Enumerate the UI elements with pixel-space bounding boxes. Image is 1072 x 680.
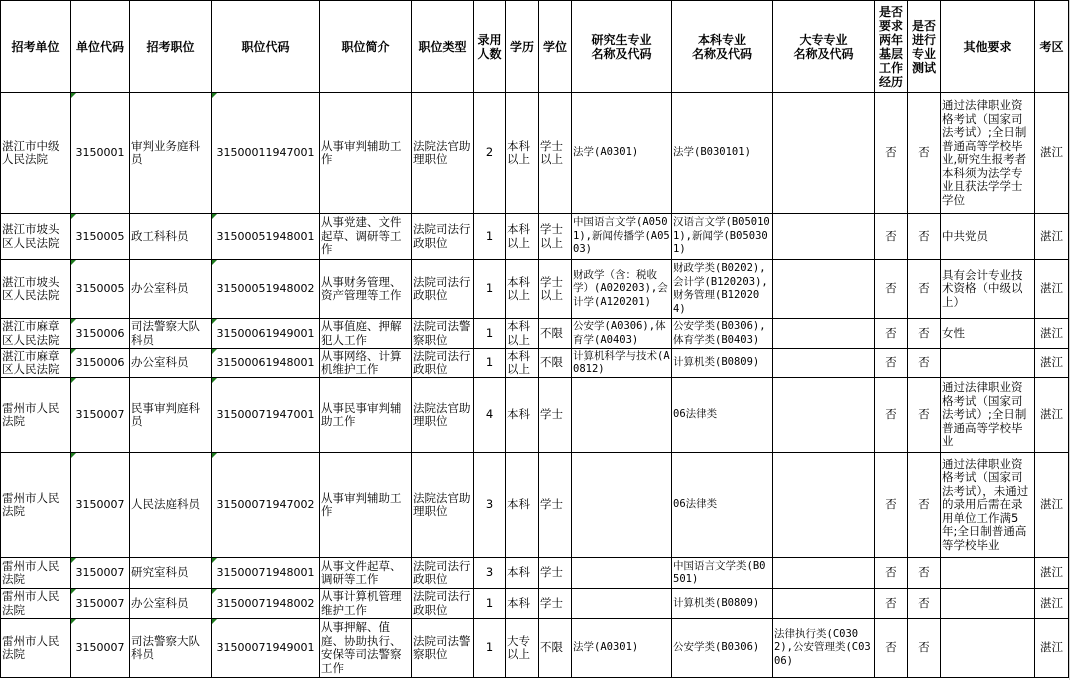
cell-college-major[interactable] xyxy=(773,319,875,349)
cell-college-major[interactable] xyxy=(773,453,875,558)
cell-grad-major[interactable] xyxy=(572,378,672,453)
header-label-line: 基层 xyxy=(876,47,906,61)
cell-position-code[interactable]: 31500071948002 xyxy=(212,589,320,619)
cell-grassroots-exp[interactable]: 否 xyxy=(875,349,908,378)
cell-other-requirements[interactable] xyxy=(941,349,1035,378)
cell-position-code[interactable]: 31500071947001 xyxy=(212,378,320,453)
column-header-unit[interactable]: 招考单位 xyxy=(1,1,71,93)
cell-unit-code[interactable]: 3150007 xyxy=(71,378,130,453)
cell-position[interactable]: 民事审判庭科员 xyxy=(130,378,212,453)
cell-degree[interactable]: 不限 xyxy=(539,349,572,378)
column-header-grad-major[interactable]: 研究生专业名称及代码 xyxy=(572,1,672,93)
column-header-headcount[interactable]: 录用人数 xyxy=(474,1,506,93)
cell-education[interactable]: 本科以上 xyxy=(506,260,539,319)
cell-position-code[interactable]: 31500071948001 xyxy=(212,558,320,589)
column-header-undergrad-major[interactable]: 本科专业名称及代码 xyxy=(672,1,773,93)
cell-college-major[interactable] xyxy=(773,589,875,619)
header-label-line: 录用 xyxy=(475,33,504,47)
cell-degree[interactable]: 不限 xyxy=(539,319,572,349)
column-header-professional-test[interactable]: 是否进行专业测试 xyxy=(908,1,941,93)
cell-professional-test[interactable]: 否 xyxy=(908,349,941,378)
cell-exam-area[interactable]: 湛江 xyxy=(1035,619,1069,678)
cell-unit[interactable]: 湛江市麻章区人民法院 xyxy=(1,349,71,378)
column-header-college-major[interactable]: 大专专业名称及代码 xyxy=(773,1,875,93)
cell-other-requirements[interactable] xyxy=(941,589,1035,619)
header-row: 招考单位单位代码招考职位职位代码职位简介职位类型录用人数学历学位研究生专业名称及… xyxy=(1,1,1069,93)
cell-college-major[interactable] xyxy=(773,378,875,453)
cell-unit-code[interactable]: 3150007 xyxy=(71,558,130,589)
cell-position-type[interactable]: 法院司法行政职位 xyxy=(412,589,474,619)
cell-degree[interactable]: 学士以上 xyxy=(539,214,572,260)
table-row: 雷州市人民法院 3150007 研究室科员 31500071948001 从事文… xyxy=(1,558,1069,589)
cell-position-type[interactable]: 法院法官助理职位 xyxy=(412,378,474,453)
cell-professional-test[interactable]: 否 xyxy=(908,558,941,589)
cell-unit[interactable]: 湛江市中级人民法院 xyxy=(1,93,71,214)
column-header-exam-area[interactable]: 考区 xyxy=(1035,1,1069,93)
cell-unit-code[interactable]: 3150001 xyxy=(71,93,130,214)
cell-unit[interactable]: 雷州市人民法院 xyxy=(1,453,71,558)
cell-undergrad-major[interactable]: 06法律类 xyxy=(672,453,773,558)
cell-unit-code[interactable]: 3150007 xyxy=(71,589,130,619)
cell-education[interactable]: 本科以上 xyxy=(506,93,539,214)
table-row: 雷州市人民法院 3150007 人民法庭科员 31500071947002 从事… xyxy=(1,453,1069,558)
cell-headcount[interactable]: 3 xyxy=(474,558,506,589)
cell-undergrad-major[interactable]: 公安学类(B0306),体育学类(B0403) xyxy=(672,319,773,349)
cell-position[interactable]: 司法警察大队科员 xyxy=(130,619,212,678)
header-label-line: 名称及代码 xyxy=(673,47,771,61)
cell-degree[interactable]: 学士 xyxy=(539,378,572,453)
cell-position-type[interactable]: 法院司法行政职位 xyxy=(412,260,474,319)
column-header-degree[interactable]: 学位 xyxy=(539,1,572,93)
cell-position[interactable]: 研究室科员 xyxy=(130,558,212,589)
table-row: 湛江市麻章区人民法院 3150006 司法警察大队科员 315000619490… xyxy=(1,319,1069,349)
cell-position[interactable]: 办公室科员 xyxy=(130,589,212,619)
cell-grad-major[interactable] xyxy=(572,589,672,619)
cell-education[interactable]: 本科 xyxy=(506,378,539,453)
cell-other-requirements[interactable]: 具有会计专业技术资格（中级以上） xyxy=(941,260,1035,319)
table-row: 雷州市人民法院 3150007 办公室科员 31500071948002 从事计… xyxy=(1,589,1069,619)
column-header-unit-code[interactable]: 单位代码 xyxy=(71,1,130,93)
cell-professional-test[interactable]: 否 xyxy=(908,260,941,319)
cell-college-major[interactable] xyxy=(773,558,875,589)
header-label-line: 要求 xyxy=(876,19,906,33)
cell-unit-code[interactable]: 3150006 xyxy=(71,349,130,378)
cell-position-code[interactable]: 31500011947001 xyxy=(212,93,320,214)
cell-position-type[interactable]: 法院司法警察职位 xyxy=(412,619,474,678)
cell-headcount[interactable]: 1 xyxy=(474,349,506,378)
cell-unit[interactable]: 雷州市人民法院 xyxy=(1,378,71,453)
cell-undergrad-major[interactable]: 中国语言文学类(B0501) xyxy=(672,558,773,589)
cell-undergrad-major[interactable]: 法学(B030101) xyxy=(672,93,773,214)
cell-unit[interactable]: 雷州市人民法院 xyxy=(1,619,71,678)
cell-professional-test[interactable]: 否 xyxy=(908,378,941,453)
cell-description[interactable]: 从事网络、计算机维护工作 xyxy=(320,349,412,378)
cell-description[interactable]: 从事民事审判辅助工作 xyxy=(320,378,412,453)
cell-exam-area[interactable]: 湛江 xyxy=(1035,319,1069,349)
cell-position[interactable]: 审判业务庭科员 xyxy=(130,93,212,214)
cell-undergrad-major[interactable]: 公安学类(B0306) xyxy=(672,619,773,678)
cell-college-major[interactable] xyxy=(773,214,875,260)
cell-degree[interactable]: 学士以上 xyxy=(539,260,572,319)
cell-grassroots-exp[interactable]: 否 xyxy=(875,589,908,619)
cell-college-major[interactable]: 法律执行类(C0302),公安管理类(C0306) xyxy=(773,619,875,678)
cell-exam-area[interactable]: 湛江 xyxy=(1035,93,1069,214)
cell-unit-code[interactable]: 3150007 xyxy=(71,619,130,678)
header-label-line: 人数 xyxy=(475,47,504,61)
cell-grassroots-exp[interactable]: 否 xyxy=(875,378,908,453)
cell-exam-area[interactable]: 湛江 xyxy=(1035,453,1069,558)
cell-exam-area[interactable]: 湛江 xyxy=(1035,558,1069,589)
table-body: 湛江市中级人民法院 3150001 审判业务庭科员 31500011947001… xyxy=(1,93,1069,678)
cell-unit[interactable]: 湛江市麻章区人民法院 xyxy=(1,319,71,349)
cell-unit-code[interactable]: 3150005 xyxy=(71,214,130,260)
cell-headcount[interactable]: 1 xyxy=(474,619,506,678)
cell-exam-area[interactable]: 湛江 xyxy=(1035,214,1069,260)
header-label-line: 两年 xyxy=(876,33,906,47)
cell-college-major[interactable] xyxy=(773,349,875,378)
cell-professional-test[interactable]: 否 xyxy=(908,589,941,619)
cell-description[interactable]: 从事财务管理、资产管理等工作 xyxy=(320,260,412,319)
cell-college-major[interactable] xyxy=(773,260,875,319)
cell-grad-major[interactable] xyxy=(572,453,672,558)
cell-grad-major[interactable]: 财政学（含：税收学）(A020203),会计学(A120201) xyxy=(572,260,672,319)
cell-professional-test[interactable]: 否 xyxy=(908,214,941,260)
cell-headcount[interactable]: 1 xyxy=(474,214,506,260)
cell-position-code[interactable]: 31500071949001 xyxy=(212,619,320,678)
cell-education[interactable]: 本科 xyxy=(506,589,539,619)
cell-position[interactable]: 政工科科员 xyxy=(130,214,212,260)
cell-professional-test[interactable]: 否 xyxy=(908,93,941,214)
header-label-line: 是否 xyxy=(876,5,906,19)
cell-headcount[interactable]: 1 xyxy=(474,589,506,619)
cell-degree[interactable]: 学士 xyxy=(539,589,572,619)
cell-other-requirements[interactable]: 通过法律职业资格考试（国家司法考试）;全日制普通高等学校毕业,研究生报考者本科须… xyxy=(941,93,1035,214)
cell-headcount[interactable]: 1 xyxy=(474,319,506,349)
cell-education[interactable]: 本科以上 xyxy=(506,349,539,378)
cell-position-type[interactable]: 法院法官助理职位 xyxy=(412,93,474,214)
cell-grassroots-exp[interactable]: 否 xyxy=(875,619,908,678)
cell-unit-code[interactable]: 3150007 xyxy=(71,453,130,558)
cell-other-requirements[interactable] xyxy=(941,558,1035,589)
cell-position-code[interactable]: 31500061948001 xyxy=(212,349,320,378)
cell-position-code[interactable]: 31500071947002 xyxy=(212,453,320,558)
cell-degree[interactable]: 不限 xyxy=(539,619,572,678)
cell-headcount[interactable]: 4 xyxy=(474,378,506,453)
cell-headcount[interactable]: 3 xyxy=(474,453,506,558)
cell-unit[interactable]: 湛江市坡头区人民法院 xyxy=(1,260,71,319)
cell-position[interactable]: 办公室科员 xyxy=(130,260,212,319)
cell-other-requirements[interactable]: 女性 xyxy=(941,319,1035,349)
header-label-line: 测试 xyxy=(909,61,939,75)
cell-degree[interactable]: 学士 xyxy=(539,558,572,589)
cell-professional-test[interactable]: 否 xyxy=(908,619,941,678)
cell-position-code[interactable]: 31500061949001 xyxy=(212,319,320,349)
cell-unit[interactable]: 雷州市人民法院 xyxy=(1,558,71,589)
cell-exam-area[interactable]: 湛江 xyxy=(1035,589,1069,619)
cell-other-requirements[interactable] xyxy=(941,619,1035,678)
cell-grassroots-exp[interactable]: 否 xyxy=(875,558,908,589)
column-header-position[interactable]: 招考职位 xyxy=(130,1,212,93)
table-row: 雷州市人民法院 3150007 司法警察大队科员 31500071949001 … xyxy=(1,619,1069,678)
cell-grad-major[interactable]: 中国语言文学(A0501),新闻传播学(A0503) xyxy=(572,214,672,260)
header-label-line: 名称及代码 xyxy=(774,47,873,61)
cell-description[interactable]: 从事党建、文件起草、调研等工作 xyxy=(320,214,412,260)
cell-unit-code[interactable]: 3150006 xyxy=(71,319,130,349)
cell-grad-major[interactable]: 法学(A0301) xyxy=(572,93,672,214)
cell-degree[interactable]: 学士 xyxy=(539,453,572,558)
cell-grassroots-exp[interactable]: 否 xyxy=(875,93,908,214)
cell-description[interactable]: 从事审判辅助工作 xyxy=(320,93,412,214)
sheet-gridline xyxy=(1069,0,1070,680)
column-header-other-requirements[interactable]: 其他要求 xyxy=(941,1,1035,93)
cell-professional-test[interactable]: 否 xyxy=(908,453,941,558)
header-label-line: 是否 xyxy=(909,19,939,33)
header-label-line: 名称及代码 xyxy=(573,47,670,61)
cell-position-type[interactable]: 法院司法行政职位 xyxy=(412,214,474,260)
cell-unit[interactable]: 湛江市坡头区人民法院 xyxy=(1,214,71,260)
header-label-line: 大专专业 xyxy=(774,33,873,47)
column-header-education[interactable]: 学历 xyxy=(506,1,539,93)
table-row: 雷州市人民法院 3150007 民事审判庭科员 31500071947001 从… xyxy=(1,378,1069,453)
cell-undergrad-major[interactable]: 计算机类(B0809) xyxy=(672,349,773,378)
header-label-line: 专业 xyxy=(909,47,939,61)
cell-other-requirements[interactable]: 中共党员 xyxy=(941,214,1035,260)
cell-undergrad-major[interactable]: 汉语言文学(B050101),新闻学(B050301) xyxy=(672,214,773,260)
column-header-position-code[interactable]: 职位代码 xyxy=(212,1,320,93)
cell-position-code[interactable]: 31500051948002 xyxy=(212,260,320,319)
cell-headcount[interactable]: 2 xyxy=(474,93,506,214)
column-header-description[interactable]: 职位简介 xyxy=(320,1,412,93)
header-label-line: 进行 xyxy=(909,33,939,47)
cell-position-type[interactable]: 法院法官助理职位 xyxy=(412,453,474,558)
cell-undergrad-major[interactable]: 财政学类(B0202),会计学(B120203),财务管理(B120204) xyxy=(672,260,773,319)
cell-education[interactable]: 本科以上 xyxy=(506,319,539,349)
cell-grassroots-exp[interactable]: 否 xyxy=(875,260,908,319)
cell-description[interactable]: 从事审判辅助工作 xyxy=(320,453,412,558)
cell-exam-area[interactable]: 湛江 xyxy=(1035,349,1069,378)
cell-grassroots-exp[interactable]: 否 xyxy=(875,214,908,260)
cell-position-code[interactable]: 31500051948001 xyxy=(212,214,320,260)
cell-unit[interactable]: 雷州市人民法院 xyxy=(1,589,71,619)
cell-grad-major[interactable]: 公安学(A0306),体育学(A0403) xyxy=(572,319,672,349)
cell-description[interactable]: 从事押解、值庭、协助执行、安保等司法警察工作 xyxy=(320,619,412,678)
cell-education[interactable]: 大专以上 xyxy=(506,619,539,678)
cell-other-requirements[interactable]: 通过法律职业资格考试（国家司法考试）;全日制普通高等学校毕业 xyxy=(941,378,1035,453)
cell-degree[interactable]: 学士以上 xyxy=(539,93,572,214)
cell-undergrad-major[interactable]: 计算机类(B0809) xyxy=(672,589,773,619)
header-label-line: 经历 xyxy=(876,75,906,89)
cell-position[interactable]: 司法警察大队科员 xyxy=(130,319,212,349)
cell-other-requirements[interactable]: 通过法律职业资格考试（国家司法考试），未通过的录用后需在录用单位工作满5年;全日… xyxy=(941,453,1035,558)
cell-grad-major[interactable] xyxy=(572,558,672,589)
cell-headcount[interactable]: 1 xyxy=(474,260,506,319)
table-row: 湛江市坡头区人民法院 3150005 办公室科员 31500051948002 … xyxy=(1,260,1069,319)
cell-education[interactable]: 本科以上 xyxy=(506,214,539,260)
cell-college-major[interactable] xyxy=(773,93,875,214)
cell-professional-test[interactable]: 否 xyxy=(908,319,941,349)
cell-education[interactable]: 本科 xyxy=(506,558,539,589)
cell-grad-major[interactable]: 法学(A0301) xyxy=(572,619,672,678)
column-header-position-type[interactable]: 职位类型 xyxy=(412,1,474,93)
cell-grad-major[interactable]: 计算机科学与技术(A0812) xyxy=(572,349,672,378)
table-row: 湛江市中级人民法院 3150001 审判业务庭科员 31500011947001… xyxy=(1,93,1069,214)
cell-position[interactable]: 人民法庭科员 xyxy=(130,453,212,558)
cell-description[interactable]: 从事值庭、押解犯人工作 xyxy=(320,319,412,349)
table-row: 湛江市麻章区人民法院 3150006 办公室科员 31500061948001 … xyxy=(1,349,1069,378)
table-row: 湛江市坡头区人民法院 3150005 政工科科员 31500051948001 … xyxy=(1,214,1069,260)
cell-position-type[interactable]: 法院司法行政职位 xyxy=(412,349,474,378)
header-label-line: 工作 xyxy=(876,61,906,75)
cell-education[interactable]: 本科 xyxy=(506,453,539,558)
cell-exam-area[interactable]: 湛江 xyxy=(1035,260,1069,319)
cell-grassroots-exp[interactable]: 否 xyxy=(875,319,908,349)
cell-description[interactable]: 从事计算机管理维护工作 xyxy=(320,589,412,619)
column-header-grassroots-exp[interactable]: 是否要求两年基层工作经历 xyxy=(875,1,908,93)
cell-exam-area[interactable]: 湛江 xyxy=(1035,378,1069,453)
cell-position-type[interactable]: 法院司法行政职位 xyxy=(412,558,474,589)
cell-description[interactable]: 从事文件起草、调研等工作 xyxy=(320,558,412,589)
header-label-line: 本科专业 xyxy=(673,33,771,47)
recruitment-positions-table: 招考单位单位代码招考职位职位代码职位简介职位类型录用人数学历学位研究生专业名称及… xyxy=(0,0,1069,678)
cell-undergrad-major[interactable]: 06法律类 xyxy=(672,378,773,453)
cell-position[interactable]: 办公室科员 xyxy=(130,349,212,378)
cell-position-type[interactable]: 法院司法警察职位 xyxy=(412,319,474,349)
cell-grassroots-exp[interactable]: 否 xyxy=(875,453,908,558)
cell-unit-code[interactable]: 3150005 xyxy=(71,260,130,319)
header-label-line: 研究生专业 xyxy=(573,33,670,47)
